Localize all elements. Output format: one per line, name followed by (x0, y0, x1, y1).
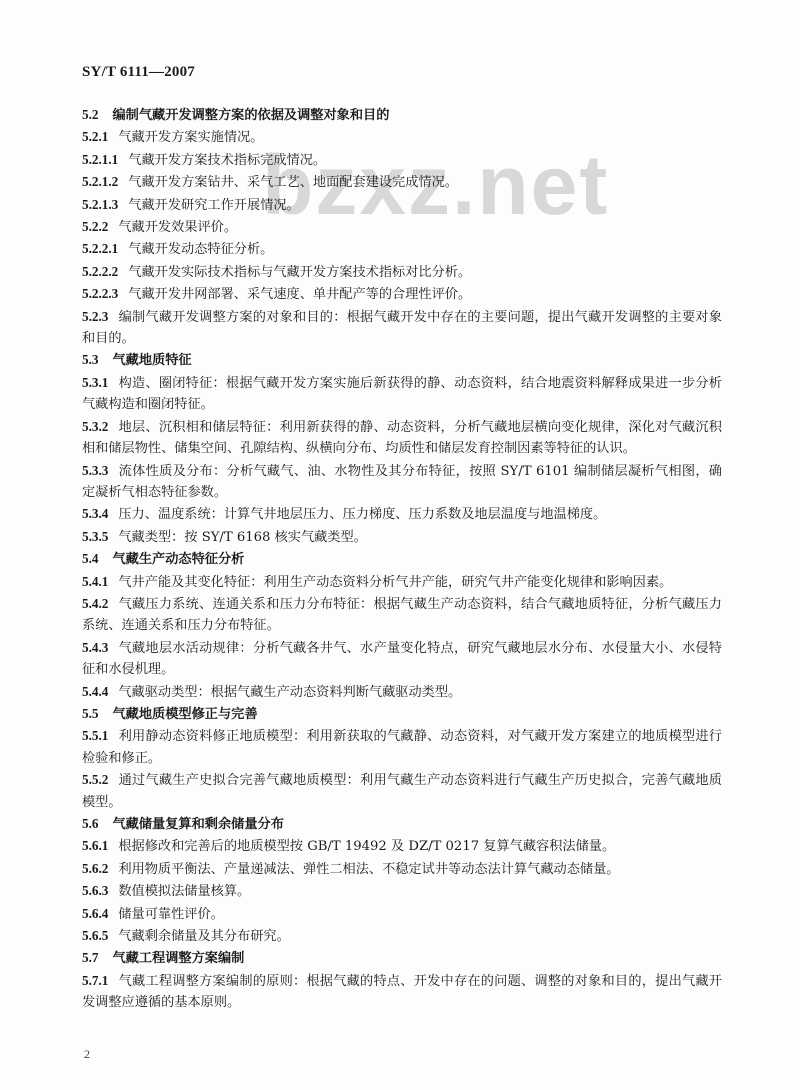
document-body: 5.2编制气藏开发调整方案的依据及调整对象和目的 5.2.1气藏开发方案实施情况… (82, 104, 722, 1014)
clause: 5.5.2通过气藏生产史拟合完善气藏地质模型：利用气藏生产动态资料进行气藏生产历… (82, 769, 722, 813)
clause: 5.6.3数值模拟法储量核算。 (82, 880, 722, 902)
clause: 5.4.4气藏驱动类型：根据气藏生产动态资料判断气藏驱动类型。 (82, 681, 722, 703)
clause: 5.2.2.3气藏开发井网部署、采气速度、单井配产等的合理性评价。 (82, 283, 722, 305)
clause: 5.2.1.2气藏开发方案钻井、采气工艺、地面配套建设完成情况。 (82, 171, 722, 193)
clause: 5.2.2气藏开发效果评价。 (82, 216, 722, 238)
clause: 5.2.1.3气藏开发研究工作开展情况。 (82, 194, 722, 216)
clause: 5.4.1气井产能及其变化特征：利用生产动态资料分析气井产能，研究气井产能变化规… (82, 571, 722, 593)
page-number: 2 (84, 1047, 90, 1062)
clause: 5.3.3流体性质及分布：分析气藏气、油、水物性及其分布特征，按照 SY/T 6… (82, 460, 722, 504)
clause: 5.2.2.2气藏开发实际技术指标与气藏开发方案技术指标对比分析。 (82, 261, 722, 283)
section-heading: 5.5气藏地质模型修正与完善 (82, 703, 722, 725)
clause: 5.6.4储量可靠性评价。 (82, 903, 722, 925)
clause: 5.3.1构造、圈闭特征：根据气藏开发方案实施后新获得的静、动态资料，结合地震资… (82, 372, 722, 416)
clause: 5.4.3气藏地层水活动规律：分析气藏各井气、水产量变化特点，研究气藏地层水分布… (82, 637, 722, 681)
clause: 5.6.5气藏剩余储量及其分布研究。 (82, 925, 722, 947)
clause: 5.2.3编制气藏开发调整方案的对象和目的：根据气藏开发中存在的主要问题，提出气… (82, 306, 722, 350)
standard-code-header: SY/T 6111—2007 (82, 64, 195, 81)
section-heading: 5.2编制气藏开发调整方案的依据及调整对象和目的 (82, 104, 722, 126)
clause: 5.6.1根据修改和完善后的地质模型按 GB/T 19492 及 DZ/T 02… (82, 835, 722, 857)
clause: 5.3.2地层、沉积相和储层特征：利用新获得的静、动态资料，分析气藏地层横向变化… (82, 416, 722, 460)
clause: 5.4.2气藏压力系统、连通关系和压力分布特征：根据气藏生产动态资料，结合气藏地… (82, 593, 722, 637)
clause: 5.2.2.1气藏开发动态特征分析。 (82, 238, 722, 260)
section-heading: 5.3气藏地质特征 (82, 349, 722, 371)
clause: 5.2.1气藏开发方案实施情况。 (82, 126, 722, 148)
clause: 5.7.1气藏工程调整方案编制的原则：根据气藏的特点、开发中存在的问题、调整的对… (82, 970, 722, 1014)
section-heading: 5.7气藏工程调整方案编制 (82, 947, 722, 969)
clause: 5.3.4压力、温度系统：计算气井地层压力、压力梯度、压力系数及地层温度与地温梯… (82, 503, 722, 525)
clause: 5.3.5气藏类型：按 SY/T 6168 核实气藏类型。 (82, 526, 722, 548)
section-heading: 5.4气藏生产动态特征分析 (82, 548, 722, 570)
document-page: SY/T 6111—2007 bzxz.net 5.2编制气藏开发调整方案的依据… (0, 0, 800, 1090)
section-heading: 5.6气藏储量复算和剩余储量分布 (82, 813, 722, 835)
clause: 5.2.1.1气藏开发方案技术指标完成情况。 (82, 149, 722, 171)
clause: 5.6.2利用物质平衡法、产量递减法、弹性二相法、不稳定试井等动态法计算气藏动态… (82, 858, 722, 880)
clause: 5.5.1利用静动态资料修正地质模型：利用新获取的气藏静、动态资料，对气藏开发方… (82, 725, 722, 769)
